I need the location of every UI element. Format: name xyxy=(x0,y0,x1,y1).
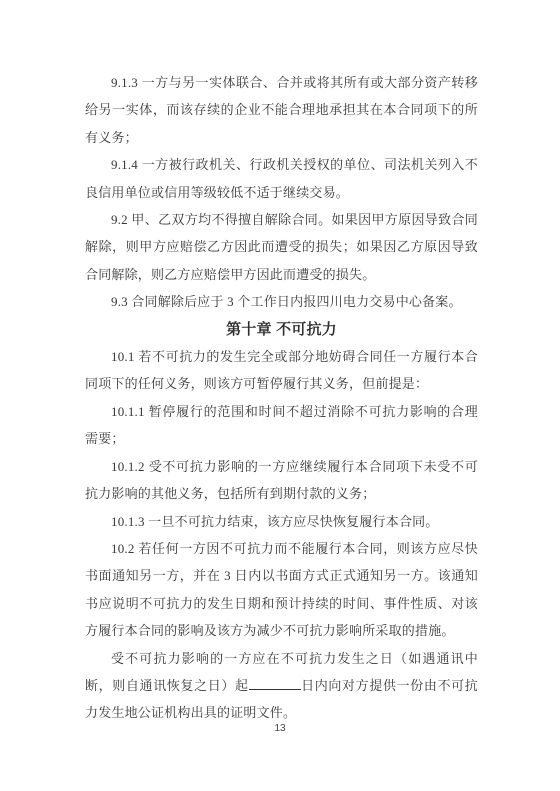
clause-9-3: 9.3 合同解除后应于 3 个工作日内报四川电力交易中心备案。 xyxy=(85,288,478,315)
clause-10-1: 10.1 若不可抗力的发生完全或部分地妨碍合同任一方履行本合同项下的任何义务，则… xyxy=(85,343,478,398)
contract-text-block: 9.1.3 一方与另一实体联合、合并或将其所有或大部分资产转移给另一实体，而该存… xyxy=(85,69,478,727)
chapter-heading: 第十章 不可抗力 xyxy=(85,316,478,343)
clause-10-2: 10.2 若任何一方因不可抗力而不能履行本合同，则该方应尽快书面通知另一方，并在… xyxy=(85,535,478,645)
clause-9-2: 9.2 甲、乙双方均不得擅自解除合同。如果因甲方原因导致合同解除，则甲方应赔偿乙… xyxy=(85,206,478,288)
page-number: 13 xyxy=(0,722,560,736)
clause-9-1-3: 9.1.3 一方与另一实体联合、合并或将其所有或大部分资产转移给另一实体，而该存… xyxy=(85,69,478,151)
clause-10-2-notary-paragraph: 受不可抗力影响的一方应在不可抗力发生之日（如遇通讯中断，则自通讯恢复之日）起日内… xyxy=(85,645,478,727)
clause-10-1-3: 10.1.3 一旦不可抗力结束，该方应尽快恢复履行本合同。 xyxy=(85,508,478,535)
clause-10-1-1: 10.1.1 暂停履行的范围和时间不超过消除不可抗力影响的合理需要； xyxy=(85,398,478,453)
document-page: 9.1.3 一方与另一实体联合、合并或将其所有或大部分资产转移给另一实体，而该存… xyxy=(0,0,560,791)
clause-9-1-4: 9.1.4 一方被行政机关、行政机关授权的单位、司法机关列入不良信用单位或信用等… xyxy=(85,151,478,206)
fill-in-blank-underline xyxy=(249,677,301,690)
clause-10-1-2: 10.1.2 受不可抗力影响的一方应继续履行本合同项下未受不可抗力影响的其他义务… xyxy=(85,453,478,508)
